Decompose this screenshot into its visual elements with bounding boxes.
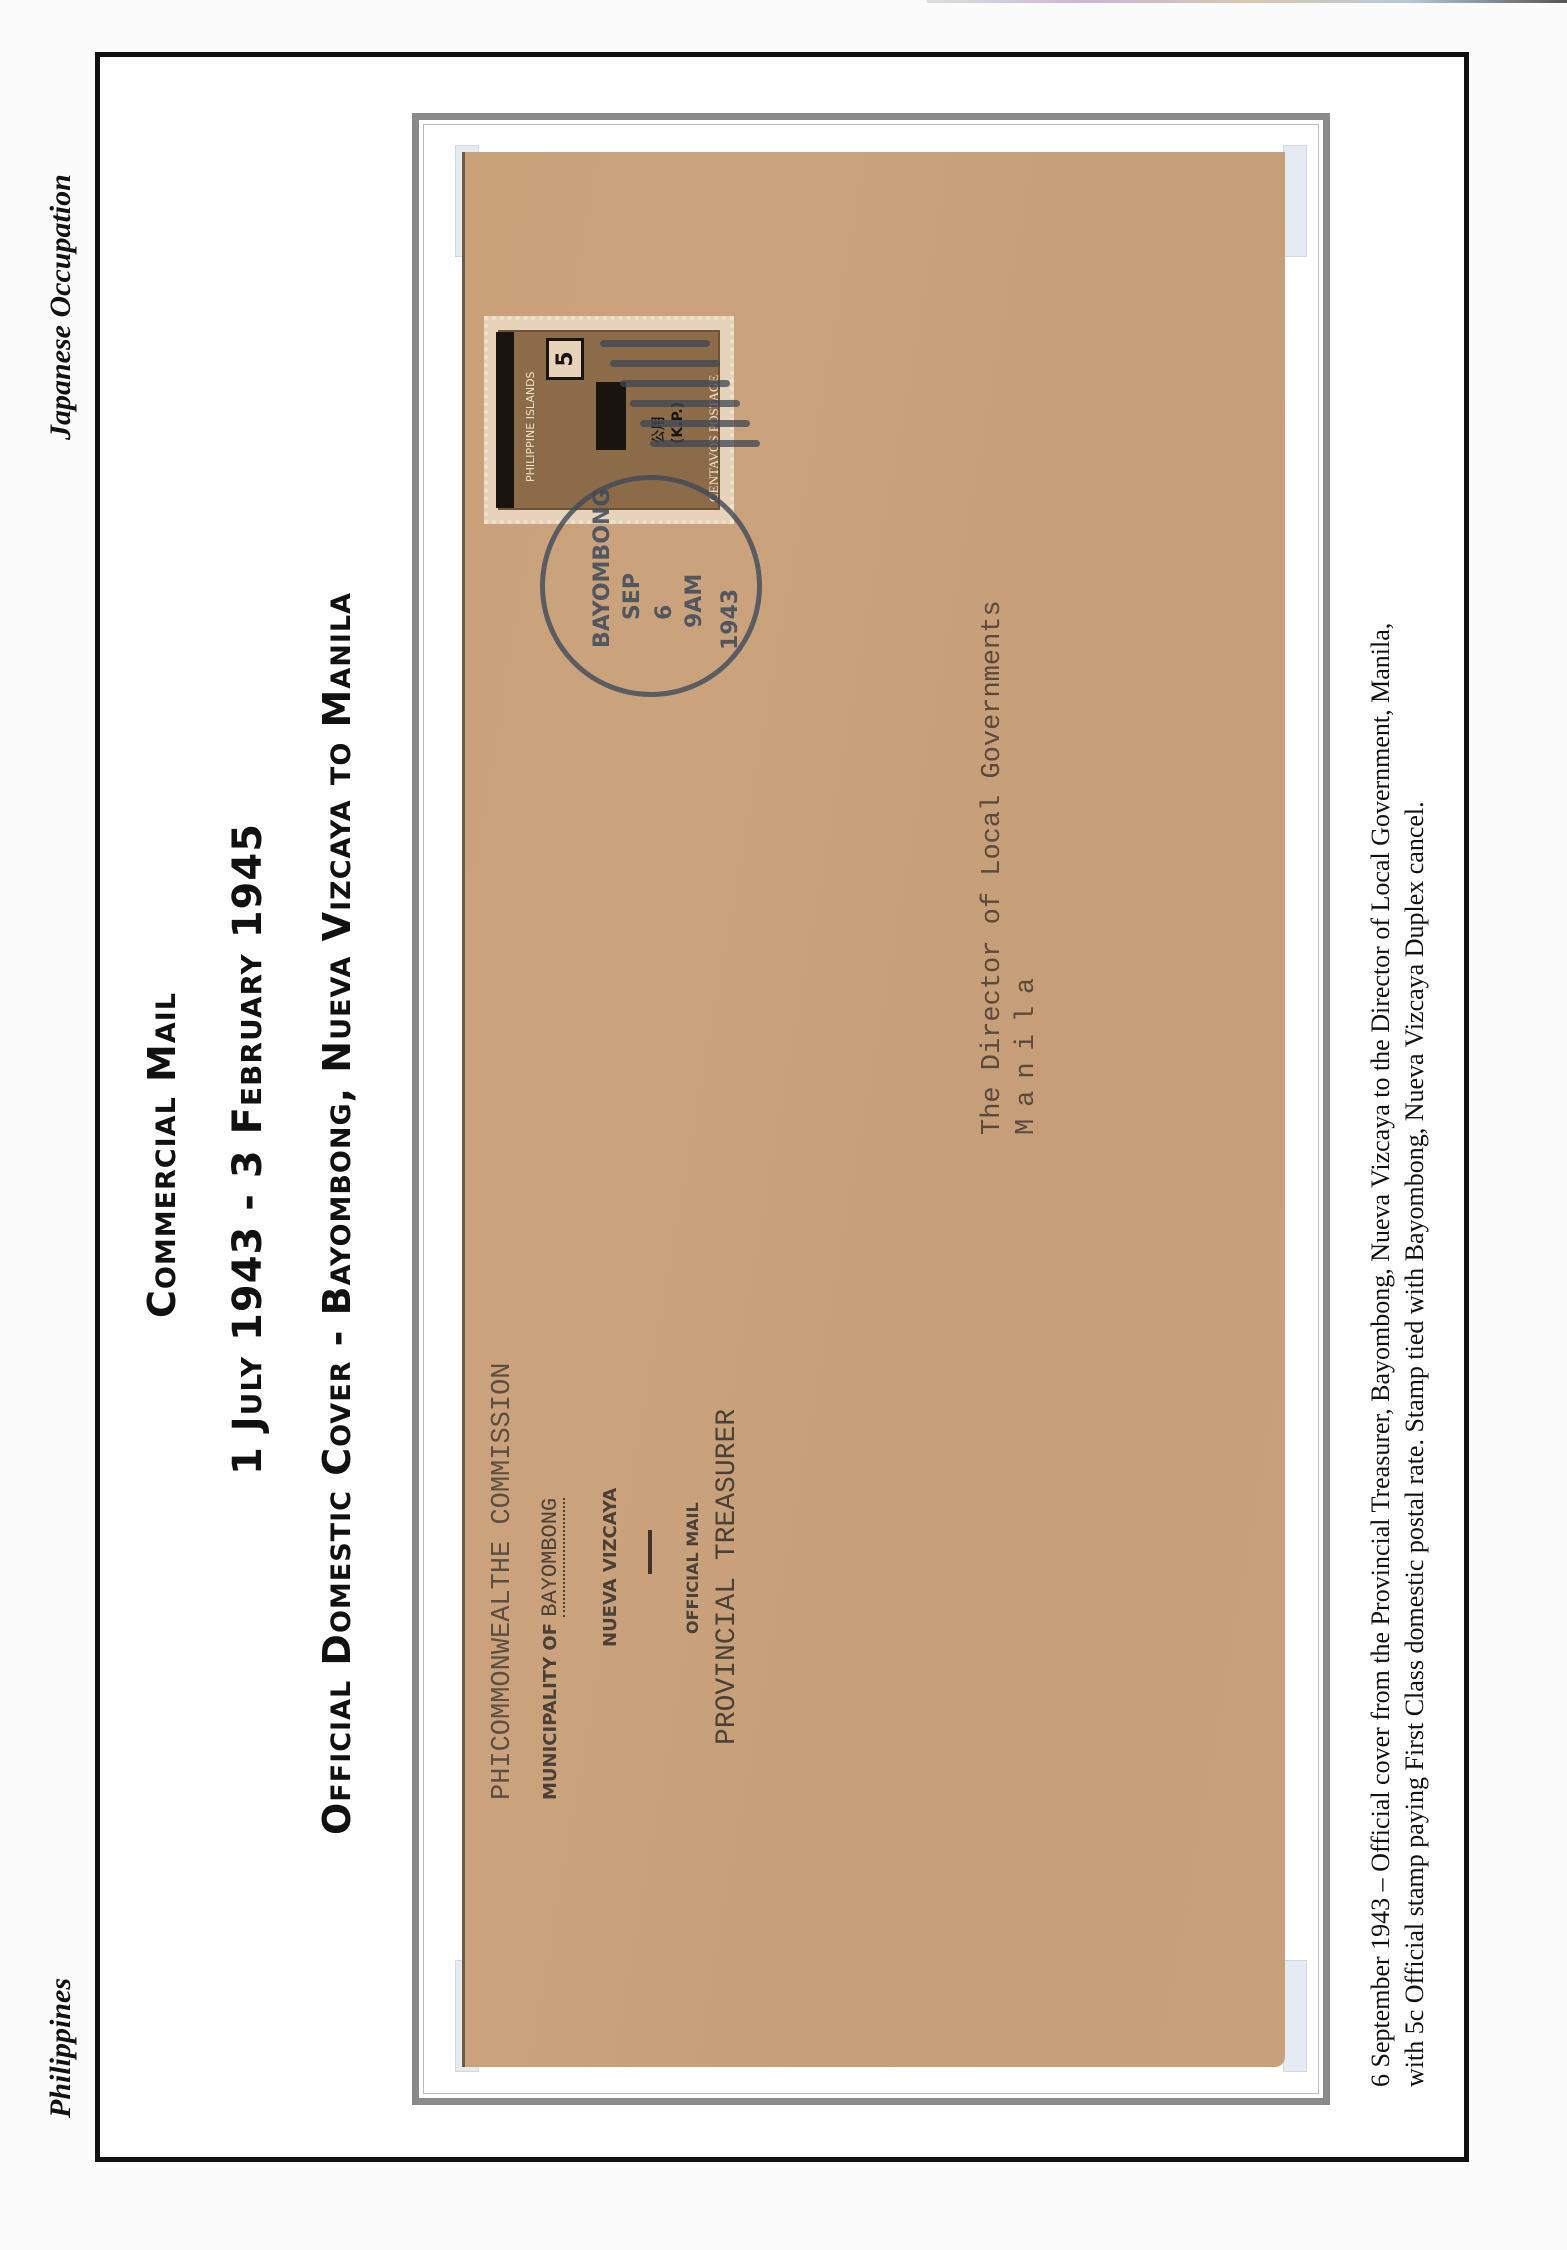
stamp-obliterating-bar <box>496 332 514 508</box>
mount-hinge-corner <box>1283 1960 1307 2072</box>
stamp-country-text: PHILIPPINE ISLANDS <box>524 371 537 482</box>
postmark-circle <box>540 475 762 697</box>
corner-card-official-mail: OFFICIAL MAIL <box>683 1502 702 1634</box>
postmark-year: 1943 <box>718 589 743 650</box>
description-line-1: 6 September 1943 – Official cover from t… <box>1366 623 1396 2087</box>
postmark-day: 6 <box>652 605 677 620</box>
municipality-label: MUNICIPALITY OF <box>540 1623 561 1800</box>
corner-card-divider <box>648 1530 652 1574</box>
mount-hinge-corner <box>1283 145 1307 257</box>
postmark-month: SEP <box>620 573 645 620</box>
address-line-2: Manila <box>1012 966 1042 1135</box>
municipality-value: BAYOMBONG <box>538 1498 565 1617</box>
address-line-1: The Director of Local Governments <box>978 600 1008 1135</box>
album-page-country-label: Philippines <box>44 1978 78 2118</box>
period-title: 1 July 1943 - 3 February 1945 <box>225 823 271 1475</box>
stamp-denomination-text: CENTAVOS POSTAGE <box>706 375 722 502</box>
corner-card-sender: PROVINCIAL TREASURER <box>712 1409 743 1745</box>
postmark-town: BAYOMBONG <box>590 489 615 648</box>
section-title: Commercial Mail <box>140 992 184 1318</box>
stamp-surcharge-value: 5 <box>546 338 584 380</box>
postmark-time: 9AM <box>682 574 707 628</box>
corner-card-municipality: MUNICIPALITY OF BAYOMBONG <box>538 1498 565 1800</box>
stamp-overprint-bar <box>596 382 626 450</box>
item-title: Official Domestic Cover - Bayombong, Nue… <box>315 592 359 1835</box>
corner-card-commission: PHICOMMONWEALTHE COMMISSION <box>488 1363 518 1800</box>
description-line-2: with 5c Official stamp paying First Clas… <box>1400 801 1430 2087</box>
album-page-header-label: Japanese Occupation <box>44 174 78 440</box>
corner-card-province: NUEVA VIZCAYA <box>600 1488 621 1647</box>
scan-artifact-strip <box>927 0 1567 3</box>
